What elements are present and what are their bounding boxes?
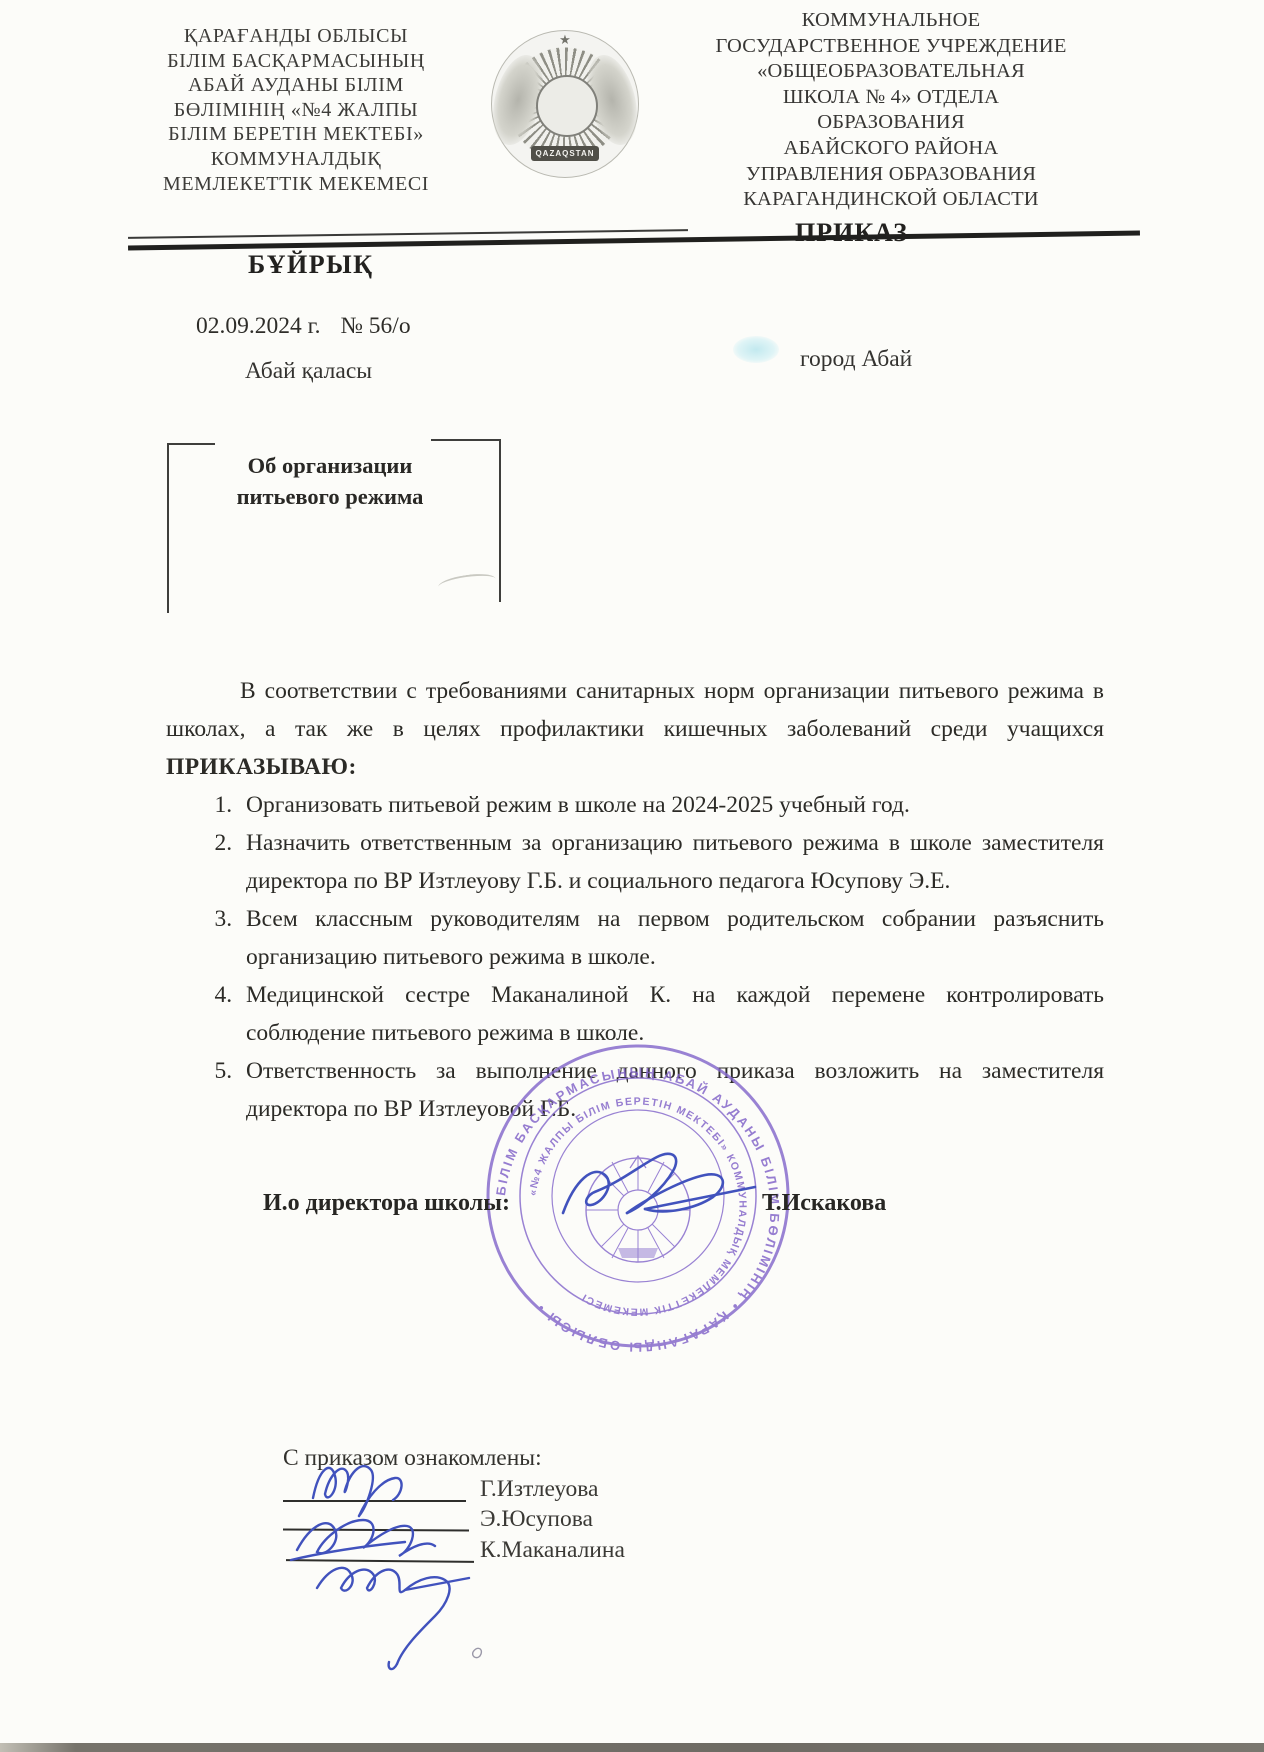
subject-line: Об организации [196,450,464,481]
order-item: Назначить ответственным за организацию п… [238,824,1104,900]
header-divider [128,230,1140,250]
org-line: АБАЙ АУДАНЫ БІЛІМ [112,73,480,98]
emblem-banner: QAZAQSTAN [531,146,599,161]
subject-title: Об организации питьевого режима [196,450,464,512]
org-line: БІЛІМ БЕРЕТІН МЕКТЕБІ» [112,122,480,147]
date-and-number: 02.09.2024 г.№ 56/о [196,313,411,340]
org-line: УПРАВЛЕНИЯ ОБРАЗОВАНИЯ [648,162,1134,188]
scan-smudge [733,336,779,363]
header-divider-thin [128,229,688,239]
doc-title-kazakh: БҰЙРЫҚ [248,250,373,280]
org-line: КОММУНАЛДЫҚ [112,147,480,172]
order-keyword: ПРИКАЗЫВАЮ: [166,754,357,780]
org-line: «ОБЩЕОБРАЗОВАТЕЛЬНАЯ [648,59,1134,85]
org-line: ОБРАЗОВАНИЯ [648,110,1134,136]
org-name-kazakh: ҚАРАҒАНДЫ ОБЛЫСЫ БІЛІМ БАСҚАРМАСЫНЫҢ АБА… [112,24,480,196]
intro-text: В соответствии с требованиями санитарных… [166,678,1104,742]
org-line: АБАЙСКОГО РАЙОНА [648,136,1134,162]
emblem-star-icon: ★ [489,32,641,48]
org-line: МЕМЛЕКЕТТІК МЕКЕМЕСІ [112,172,480,197]
director-name: Т.Искакова [762,1190,886,1217]
org-line: КОММУНАЛЬНОЕ [648,8,1134,34]
scan-edge-artifact [0,1743,1264,1752]
org-line: ГОСУДАРСТВЕННОЕ УЧРЕЖДЕНИЕ [648,34,1134,60]
order-item: Организовать питьевой режим в школе на 2… [238,786,1104,824]
doc-title-russian: ПРИКАЗ [795,218,908,248]
order-item: Всем классным руководителям на первом ро… [238,900,1104,976]
org-line: ҚАРАҒАНДЫ ОБЛЫСЫ [112,24,480,49]
org-line: ШКОЛА № 4» ОТДЕЛА [648,85,1134,111]
subject-line: питьевого режима [196,481,464,512]
emblem-shanyrak [536,75,598,137]
place-kazakh: Абай қаласы [245,358,372,385]
intro-paragraph: В соответствии с требованиями санитарных… [166,672,1104,786]
org-name-russian: КОММУНАЛЬНОЕ ГОСУДАРСТВЕННОЕ УЧРЕЖДЕНИЕ … [648,8,1134,213]
org-line: БӨЛІМІНІҢ «№4 ЖАЛПЫ [112,98,480,123]
org-line: КАРАГАНДИНСКОЙ ОБЛАСТИ [648,187,1134,213]
place-russian: город Абай [800,346,912,373]
org-line: БІЛІМ БАСҚАРМАСЫНЫҢ [112,49,480,74]
kazakhstan-emblem-icon: ★ QAZAQSTAN [489,28,641,180]
ack-signatures-ink [255,1428,675,1678]
director-signature-ink [545,1135,795,1245]
doc-number: № 56/о [341,313,411,339]
director-signature-label: И.о директора школы: [263,1190,510,1217]
doc-date: 02.09.2024 г. [196,313,321,339]
